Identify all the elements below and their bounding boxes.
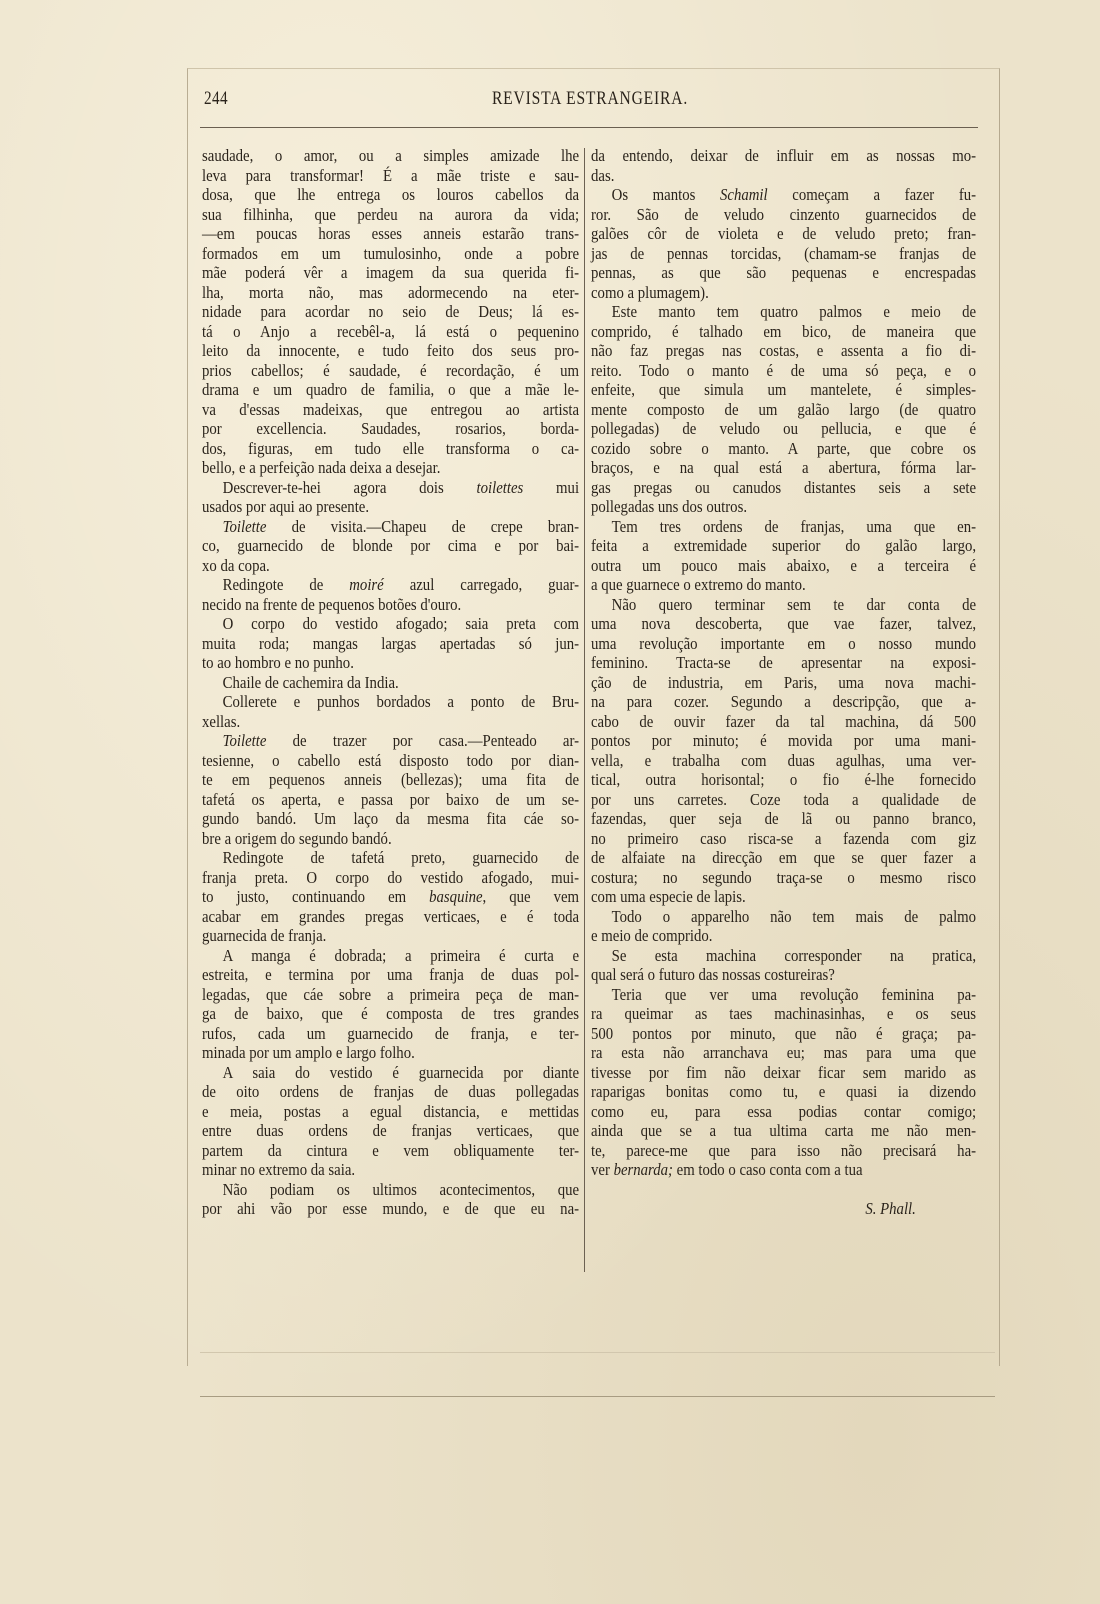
text-line: A manga é dobrada; a primeira é curta e — [202, 946, 579, 966]
text-line: franja preta. O corpo do vestido afogado… — [202, 868, 579, 888]
text-line: na para cozer. Segundo a descripção, que… — [591, 692, 976, 712]
text-line: uma revolução importante em o nosso mund… — [591, 634, 976, 654]
text-line: vella, e trabalha com duas agulhas, uma … — [591, 751, 976, 771]
text-line: estreita, e termina por uma franja de du… — [202, 965, 579, 985]
text-line: jas de pennas torcidas, (chamam-se franj… — [591, 244, 976, 264]
text-line: acabar em grandes pregas verticaes, e é … — [202, 907, 579, 927]
text-line: xellas. — [202, 712, 579, 732]
text-line: ver bernarda; em todo o caso conta com a… — [591, 1160, 976, 1180]
text-line: to ao hombro e no punho. — [202, 653, 579, 673]
text-line: sua filhinha, que perdeu na aurora da vi… — [202, 205, 579, 225]
text-line: das. — [591, 166, 976, 186]
text-line: ror. São de veludo cinzento guarnecidos … — [591, 205, 976, 225]
text-line: ainda que se a tua ultima carta me não m… — [591, 1121, 976, 1141]
text-line: qual será o futuro das nossas costureira… — [591, 965, 976, 985]
text-line: muita roda; mangas largas apertadas só j… — [202, 634, 579, 654]
text-line: pennas, as que são pequenas e encrespada… — [591, 263, 976, 283]
text-line: cabo de ouvir fazer da tal machina, dá 5… — [591, 712, 976, 732]
text-line: pontos por minuto; é movida por uma mani… — [591, 731, 976, 751]
text-line: de alfaiate na direcção em que se quer f… — [591, 848, 976, 868]
bottom-rule-inner — [200, 1352, 995, 1353]
text-line: Não quero terminar sem te dar conta de — [591, 595, 976, 615]
text-line: Descrever-te-hei agora dois toilettes mu… — [202, 478, 579, 498]
text-line: te em pequenos anneis (bellezas); uma fi… — [202, 770, 579, 790]
text-line: dos, figuras, em tudo elle transforma o … — [202, 439, 579, 459]
text-line: xo da copa. — [202, 556, 579, 576]
text-line: feita a extremidade superior do galão la… — [591, 536, 976, 556]
text-line: de oito ordens de franjas de duas polleg… — [202, 1082, 579, 1102]
text-line: cozido sobre o manto. A parte, que cobre… — [591, 439, 976, 459]
text-line: 500 pontos por minuto, que não é graça; … — [591, 1024, 976, 1044]
text-line: enfeite, que simula um mantelete, é simp… — [591, 380, 976, 400]
text-line: tesienne, o cabello está disposto todo p… — [202, 751, 579, 771]
text-line: Redingote de moiré azul carregado, guar- — [202, 575, 579, 595]
text-line: costura; no segundo traça-se o mesmo ris… — [591, 868, 976, 888]
text-line: minar no extremo da saia. — [202, 1160, 579, 1180]
text-line: tivesse por fim não deixar ficar sem mar… — [591, 1063, 976, 1083]
text-line: guarnecida de franja. — [202, 926, 579, 946]
text-line: necido na frente de pequenos botões d'ou… — [202, 595, 579, 615]
running-title: REVISTA ESTRANGEIRA. — [270, 88, 910, 110]
text-line: fazendas, quer seja de lã ou panno branc… — [591, 809, 976, 829]
text-line: uma nova descoberta, que vae fazer, talv… — [591, 614, 976, 634]
text-line: te, parece-me que para isso não precisar… — [591, 1141, 976, 1161]
text-line: reito. Todo o manto é de uma só peça, e … — [591, 361, 976, 381]
text-line: como a plumagem). — [591, 283, 976, 303]
text-line: Toilette de trazer por casa.—Penteado ar… — [202, 731, 579, 751]
signature: S. Phall. — [591, 1199, 976, 1219]
text-line: leva para transformar! É a mãe triste e … — [202, 166, 579, 186]
text-line: bello, e a perfeição nada deixa a deseja… — [202, 458, 579, 478]
bottom-rule — [200, 1396, 995, 1397]
column-divider — [584, 148, 585, 1272]
text-line: Não podiam os ultimos acontecimentos, qu… — [202, 1180, 579, 1200]
text-line: to justo, continuando em basquine, que v… — [202, 887, 579, 907]
text-line: mãe poderá vêr a imagem da sua querida f… — [202, 263, 579, 283]
text-line: da entendo, deixar de influir em as noss… — [591, 146, 976, 166]
text-line: por excellencia. Saudades, rosarios, bor… — [202, 419, 579, 439]
text-line: Chaile de cachemira da India. — [202, 673, 579, 693]
text-line: Os mantos Schamil começam a fazer fu- — [591, 185, 976, 205]
text-line: tical, outra horisontal; o fio é-lhe for… — [591, 770, 976, 790]
text-line: mente composto de um galão largo (de qua… — [591, 400, 976, 420]
text-line: raparigas bonitas como tu, e quasi ia di… — [591, 1082, 976, 1102]
text-line: tá o Anjo a recebêl-a, lá está o pequeni… — [202, 322, 579, 342]
text-line: prios cabellos; é saudade, é recordação,… — [202, 361, 579, 381]
text-line — [591, 1180, 976, 1200]
text-line: outra um pouco mais abaixo, e a terceira… — [591, 556, 976, 576]
text-line: Redingote de tafetá preto, guarnecido de — [202, 848, 579, 868]
text-line: não faz pregas nas costas, e assenta a f… — [591, 341, 976, 361]
text-line: A saia do vestido é guarnecida por diant… — [202, 1063, 579, 1083]
text-line: co, guarnecido de blonde por cima e por … — [202, 536, 579, 556]
text-line: gundo bandó. Um laço da mesma fita cáe s… — [202, 809, 579, 829]
text-line: no primeiro caso risca-se a fazenda com … — [591, 829, 976, 849]
text-line: Se esta machina corresponder na pratica, — [591, 946, 976, 966]
text-line: gas pregas ou canudos distantes seis a s… — [591, 478, 976, 498]
text-line: bre a origem do segundo bandó. — [202, 829, 579, 849]
page-header: 244 REVISTA ESTRANGEIRA. — [200, 82, 980, 112]
text-line: ga de baixo, que é composta de tres gran… — [202, 1004, 579, 1024]
header-rule — [200, 127, 978, 128]
text-line: Tem tres ordens de franjas, uma que en- — [591, 517, 976, 537]
text-line: feminino. Tracta-se de apresentar na exp… — [591, 653, 976, 673]
text-line: leito da innocente, e tudo feito dos seu… — [202, 341, 579, 361]
right-column: da entendo, deixar de influir em as noss… — [591, 146, 976, 1219]
text-line: ra esta não arranchava eu; mas para uma … — [591, 1043, 976, 1063]
text-line: drama e um quadro de familia, o que a mã… — [202, 380, 579, 400]
text-line: comprido, é talhado em bico, de maneira … — [591, 322, 976, 342]
text-line: Collerete e punhos bordados a ponto de B… — [202, 692, 579, 712]
text-line: e meio de comprido. — [591, 926, 976, 946]
text-line: Teria que ver uma revolução feminina pa- — [591, 985, 976, 1005]
text-line: Este manto tem quatro palmos e meio de — [591, 302, 976, 322]
text-line: —em poucas horas esses anneis estarão tr… — [202, 224, 579, 244]
text-line: minada por um amplo e largo folho. — [202, 1043, 579, 1063]
text-line: por uns carretes. Coze toda a qualidade … — [591, 790, 976, 810]
text-line: Toilette de visita.—Chapeu de crepe bran… — [202, 517, 579, 537]
text-line: pollegadas uns dos outros. — [591, 497, 976, 517]
text-line: usados por aqui ao presente. — [202, 497, 579, 517]
text-line: saudade, o amor, ou a simples amizade lh… — [202, 146, 579, 166]
text-line: pollegadas) de veludo ou pellucia, e que… — [591, 419, 976, 439]
text-line: galões côr de violeta e de veludo preto;… — [591, 224, 976, 244]
text-line: tafetá os aperta, e passa por baixo de u… — [202, 790, 579, 810]
text-line: ra queimar as taes machinasinhas, e os s… — [591, 1004, 976, 1024]
text-line: com uma especie de lapis. — [591, 887, 976, 907]
text-line: ção de industria, em Paris, uma nova mac… — [591, 673, 976, 693]
text-line: formados em um tumulosinho, onde a pobre — [202, 244, 579, 264]
left-column: saudade, o amor, ou a simples amizade lh… — [202, 146, 579, 1219]
text-line: entre duas ordens de franjas verticaes, … — [202, 1121, 579, 1141]
text-line: lha, morta não, mas adormecendo na eter- — [202, 283, 579, 303]
text-line: e meia, postas a egual distancia, e mett… — [202, 1102, 579, 1122]
text-line: partem da cintura e vem obliquamente ter… — [202, 1141, 579, 1161]
text-line: dosa, que lhe entrega os louros cabellos… — [202, 185, 579, 205]
text-line: O corpo do vestido afogado; saia preta c… — [202, 614, 579, 634]
text-line: rufos, cada um guarnecido de franja, e t… — [202, 1024, 579, 1044]
text-line: nidade para acordar no seio de Deus; lá … — [202, 302, 579, 322]
text-line: como eu, para essa podias contar comigo; — [591, 1102, 976, 1122]
text-line: Todo o apparelho não tem mais de palmo — [591, 907, 976, 927]
text-line: va d'essas madeixas, que entregou ao art… — [202, 400, 579, 420]
text-line: braços, e na qual está a abertura, fórma… — [591, 458, 976, 478]
page-number: 244 — [204, 88, 228, 110]
text-line: por ahi vão por esse mundo, e de que eu … — [202, 1199, 579, 1219]
text-line: a que guarnece o extremo do manto. — [591, 575, 976, 595]
text-line: legadas, que cáe sobre a primeira peça d… — [202, 985, 579, 1005]
